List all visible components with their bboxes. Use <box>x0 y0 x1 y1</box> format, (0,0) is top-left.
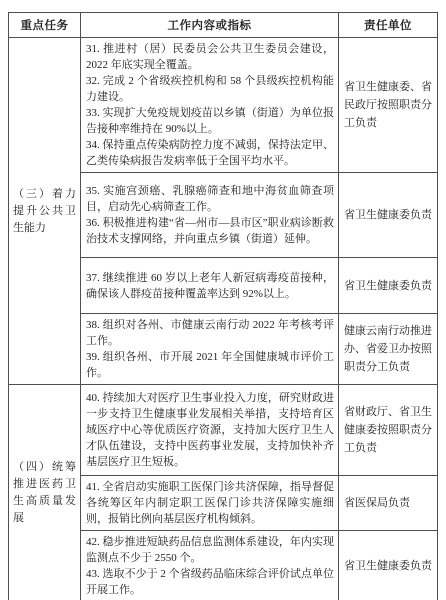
work-item-36: 36. 积极推进构建“省—州市—县市区”职业病诊断救治技术支撑网络，并向重点乡镇… <box>86 215 334 247</box>
content-cell-37: 37. 继续推进 60 岁以上老年人新冠病毒疫苗接种，确保该人群疫苗接种覆盖率达… <box>81 258 339 314</box>
table-row: （三）着力提升公共卫生能力 31. 推进村（居）民委员会公共卫生委员会建设，20… <box>9 38 438 173</box>
unit-cell-31-34: 省卫生健康委、省民政厅按照职责分工负责 <box>339 38 438 173</box>
work-item-41: 41. 全省启动实施职工医保门诊共济保障，指导督促各统筹区年内制定职工医保门诊共… <box>86 479 334 527</box>
work-item-32: 32. 完成 2 个省级疾控机构和 58 个县级疾控机构能力建设。 <box>86 73 334 105</box>
work-item-39: 39. 组织各州、市开展 2021 年全国健康城市评价工作。 <box>86 349 334 381</box>
unit-cell-38-39: 健康云南行动推进办、省爱卫办按照职责分工负责 <box>339 314 438 385</box>
work-item-42: 42. 稳步推进短缺药品信息监测体系建设，年内实现监测点不少于 2550 个。 <box>86 534 334 566</box>
content-cell-40: 40. 持续加大对医疗卫生事业投入力度，研究财政进一步支持卫生健康事业发展相关举… <box>81 385 339 476</box>
header-row: 重点任务 工作内容或指标 责任单位 <box>9 13 438 38</box>
header-task: 重点任务 <box>9 13 81 38</box>
content-cell-42-43: 42. 稳步推进短缺药品信息监测体系建设，年内实现监测点不少于 2550 个。 … <box>81 531 339 600</box>
work-item-35: 35. 实施宫颈癌、乳腺癌筛查和地中海贫血筛查项目，启动先心病筛查工作。 <box>86 183 334 215</box>
unit-cell-42-43: 省卫生健康委负责 <box>339 531 438 600</box>
header-unit: 责任单位 <box>339 13 438 38</box>
work-item-33: 33. 实现扩大免疫规划疫苗以乡镇（街道）为单位报告接种率维持在 90%以上。 <box>86 105 334 137</box>
document-page: 重点任务 工作内容或指标 责任单位 （三）着力提升公共卫生能力 31. 推进村（… <box>0 0 446 600</box>
work-item-40: 40. 持续加大对医疗卫生事业投入力度，研究财政进一步支持卫生健康事业发展相关举… <box>86 390 334 470</box>
key-tasks-table: 重点任务 工作内容或指标 责任单位 （三）着力提升公共卫生能力 31. 推进村（… <box>8 12 438 600</box>
task-cell-section-4: （四）统筹推进医药卫生高质量发展 <box>9 385 81 600</box>
work-item-31: 31. 推进村（居）民委员会公共卫生委员会建设，2022 年底实现全覆盖。 <box>86 41 334 73</box>
content-cell-31-34: 31. 推进村（居）民委员会公共卫生委员会建设，2022 年底实现全覆盖。 32… <box>81 38 339 173</box>
content-cell-38-39: 38. 组织对各州、市健康云南行动 2022 年考核考评工作。 39. 组织各州… <box>81 314 339 385</box>
unit-cell-40: 省财政厅、省卫生健康委按照职责分工负责 <box>339 385 438 476</box>
unit-cell-37: 省卫生健康委负责 <box>339 258 438 314</box>
table-row: （四）统筹推进医药卫生高质量发展 40. 持续加大对医疗卫生事业投入力度，研究财… <box>9 385 438 476</box>
work-item-37: 37. 继续推进 60 岁以上老年人新冠病毒疫苗接种，确保该人群疫苗接种覆盖率达… <box>86 270 334 302</box>
task-cell-section-3: （三）着力提升公共卫生能力 <box>9 38 81 385</box>
unit-cell-41: 省医保局负责 <box>339 476 438 531</box>
work-item-38: 38. 组织对各州、市健康云南行动 2022 年考核考评工作。 <box>86 317 334 349</box>
header-content: 工作内容或指标 <box>81 13 339 38</box>
work-item-34: 34. 保持重点传染病防控力度不减弱，保持法定甲、乙类传染病报告发病率低于全国平… <box>86 137 334 169</box>
work-item-43: 43. 选取不少于 2 个省级药品临床综合评价试点单位开展工作。 <box>86 566 334 598</box>
content-cell-41: 41. 全省启动实施职工医保门诊共济保障，指导督促各统筹区年内制定职工医保门诊共… <box>81 476 339 531</box>
unit-cell-35-36: 省卫生健康委负责 <box>339 173 438 258</box>
content-cell-35-36: 35. 实施宫颈癌、乳腺癌筛查和地中海贫血筛查项目，启动先心病筛查工作。 36.… <box>81 173 339 258</box>
